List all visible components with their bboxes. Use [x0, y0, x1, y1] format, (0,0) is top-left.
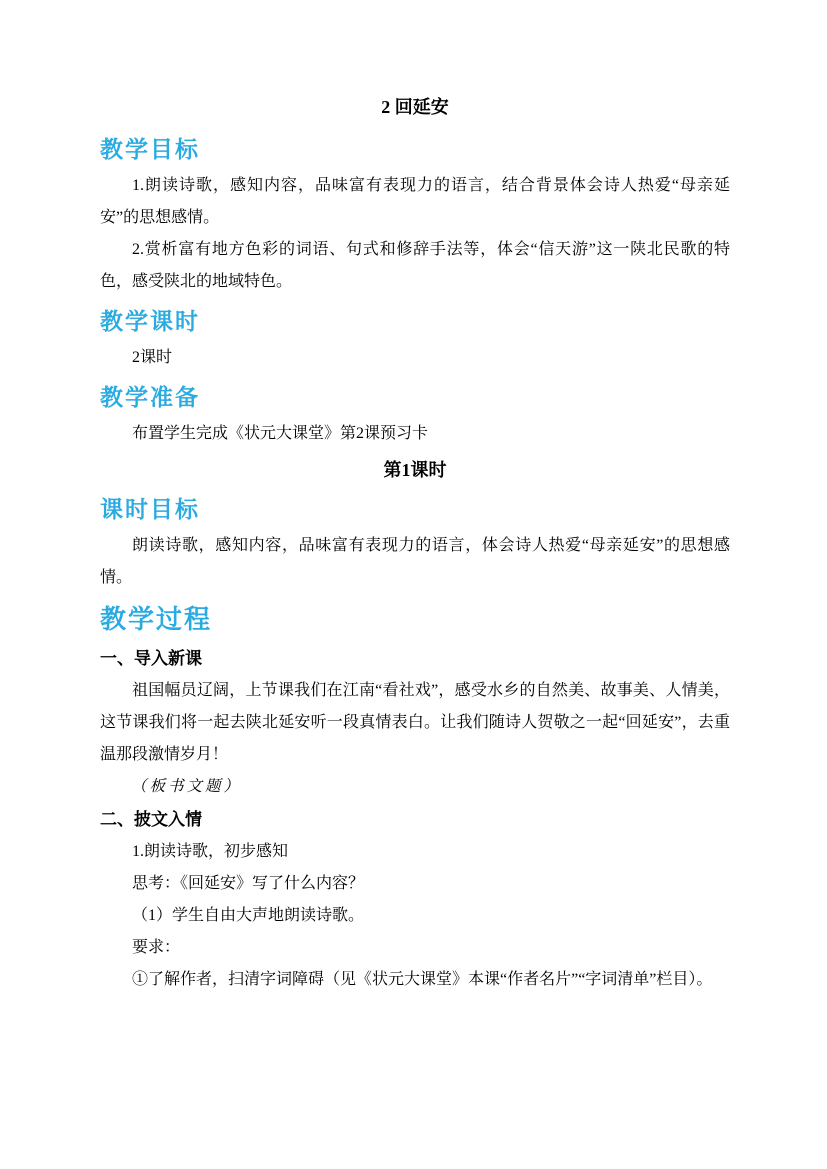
section-heading-teaching-periods: 教学课时	[100, 306, 730, 336]
period-1-heading: 第1课时	[100, 454, 730, 486]
document-content: 2 回延安 教学目标 1.朗读诗歌，感知内容，品味富有表现力的语言，结合背景体会…	[100, 94, 730, 996]
period-goal-text: 朗读诗歌，感知内容，品味富有表现力的语言，体会诗人热爱“母亲延安”的思想感情。	[100, 530, 730, 594]
process-part-1-heading: 一、导入新课	[100, 642, 730, 675]
objective-item-2: 2.赏析富有地方色彩的词语、句式和修辞手法等，体会“信天游”这一陕北民歌的特色，…	[100, 234, 730, 298]
document-page: 2 回延安 教学目标 1.朗读诗歌，感知内容，品味富有表现力的语言，结合背景体会…	[0, 0, 827, 1169]
process-part-1-paragraph: 祖国幅员辽阔，上节课我们在江南“看社戏”，感受水乡的自然美、故事美、人情美，这节…	[100, 675, 730, 771]
section-heading-period-goal: 课时目标	[100, 494, 730, 524]
section-heading-teaching-objectives: 教学目标	[100, 134, 730, 164]
teaching-periods-text: 2课时	[100, 342, 730, 374]
part-2-requirement-1: ①了解作者，扫清字词障碍（见《状元大课堂》本课“作者名片”“字词清单”栏目）。	[100, 964, 730, 996]
process-part-2-heading: 二、披文入情	[100, 803, 730, 836]
teaching-preparation-text: 布置学生完成《状元大课堂》第2课预习卡	[100, 418, 730, 450]
part-2-sub-step-1: （1）学生自由大声地朗读诗歌。	[100, 900, 730, 932]
section-heading-teaching-process: 教学过程	[100, 602, 730, 636]
objective-item-1: 1.朗读诗歌，感知内容，品味富有表现力的语言，结合背景体会诗人热爱“母亲延安”的…	[100, 170, 730, 234]
section-heading-teaching-preparation: 教学准备	[100, 382, 730, 412]
part-2-step-1-title: 1.朗读诗歌，初步感知	[100, 836, 730, 868]
part-2-requirements-label: 要求：	[100, 932, 730, 964]
board-writing-note: （板书文题）	[100, 771, 730, 803]
doc-title: 2 回延安	[100, 94, 730, 120]
part-2-think-question: 思考：《回延安》写了什么内容？	[100, 868, 730, 900]
